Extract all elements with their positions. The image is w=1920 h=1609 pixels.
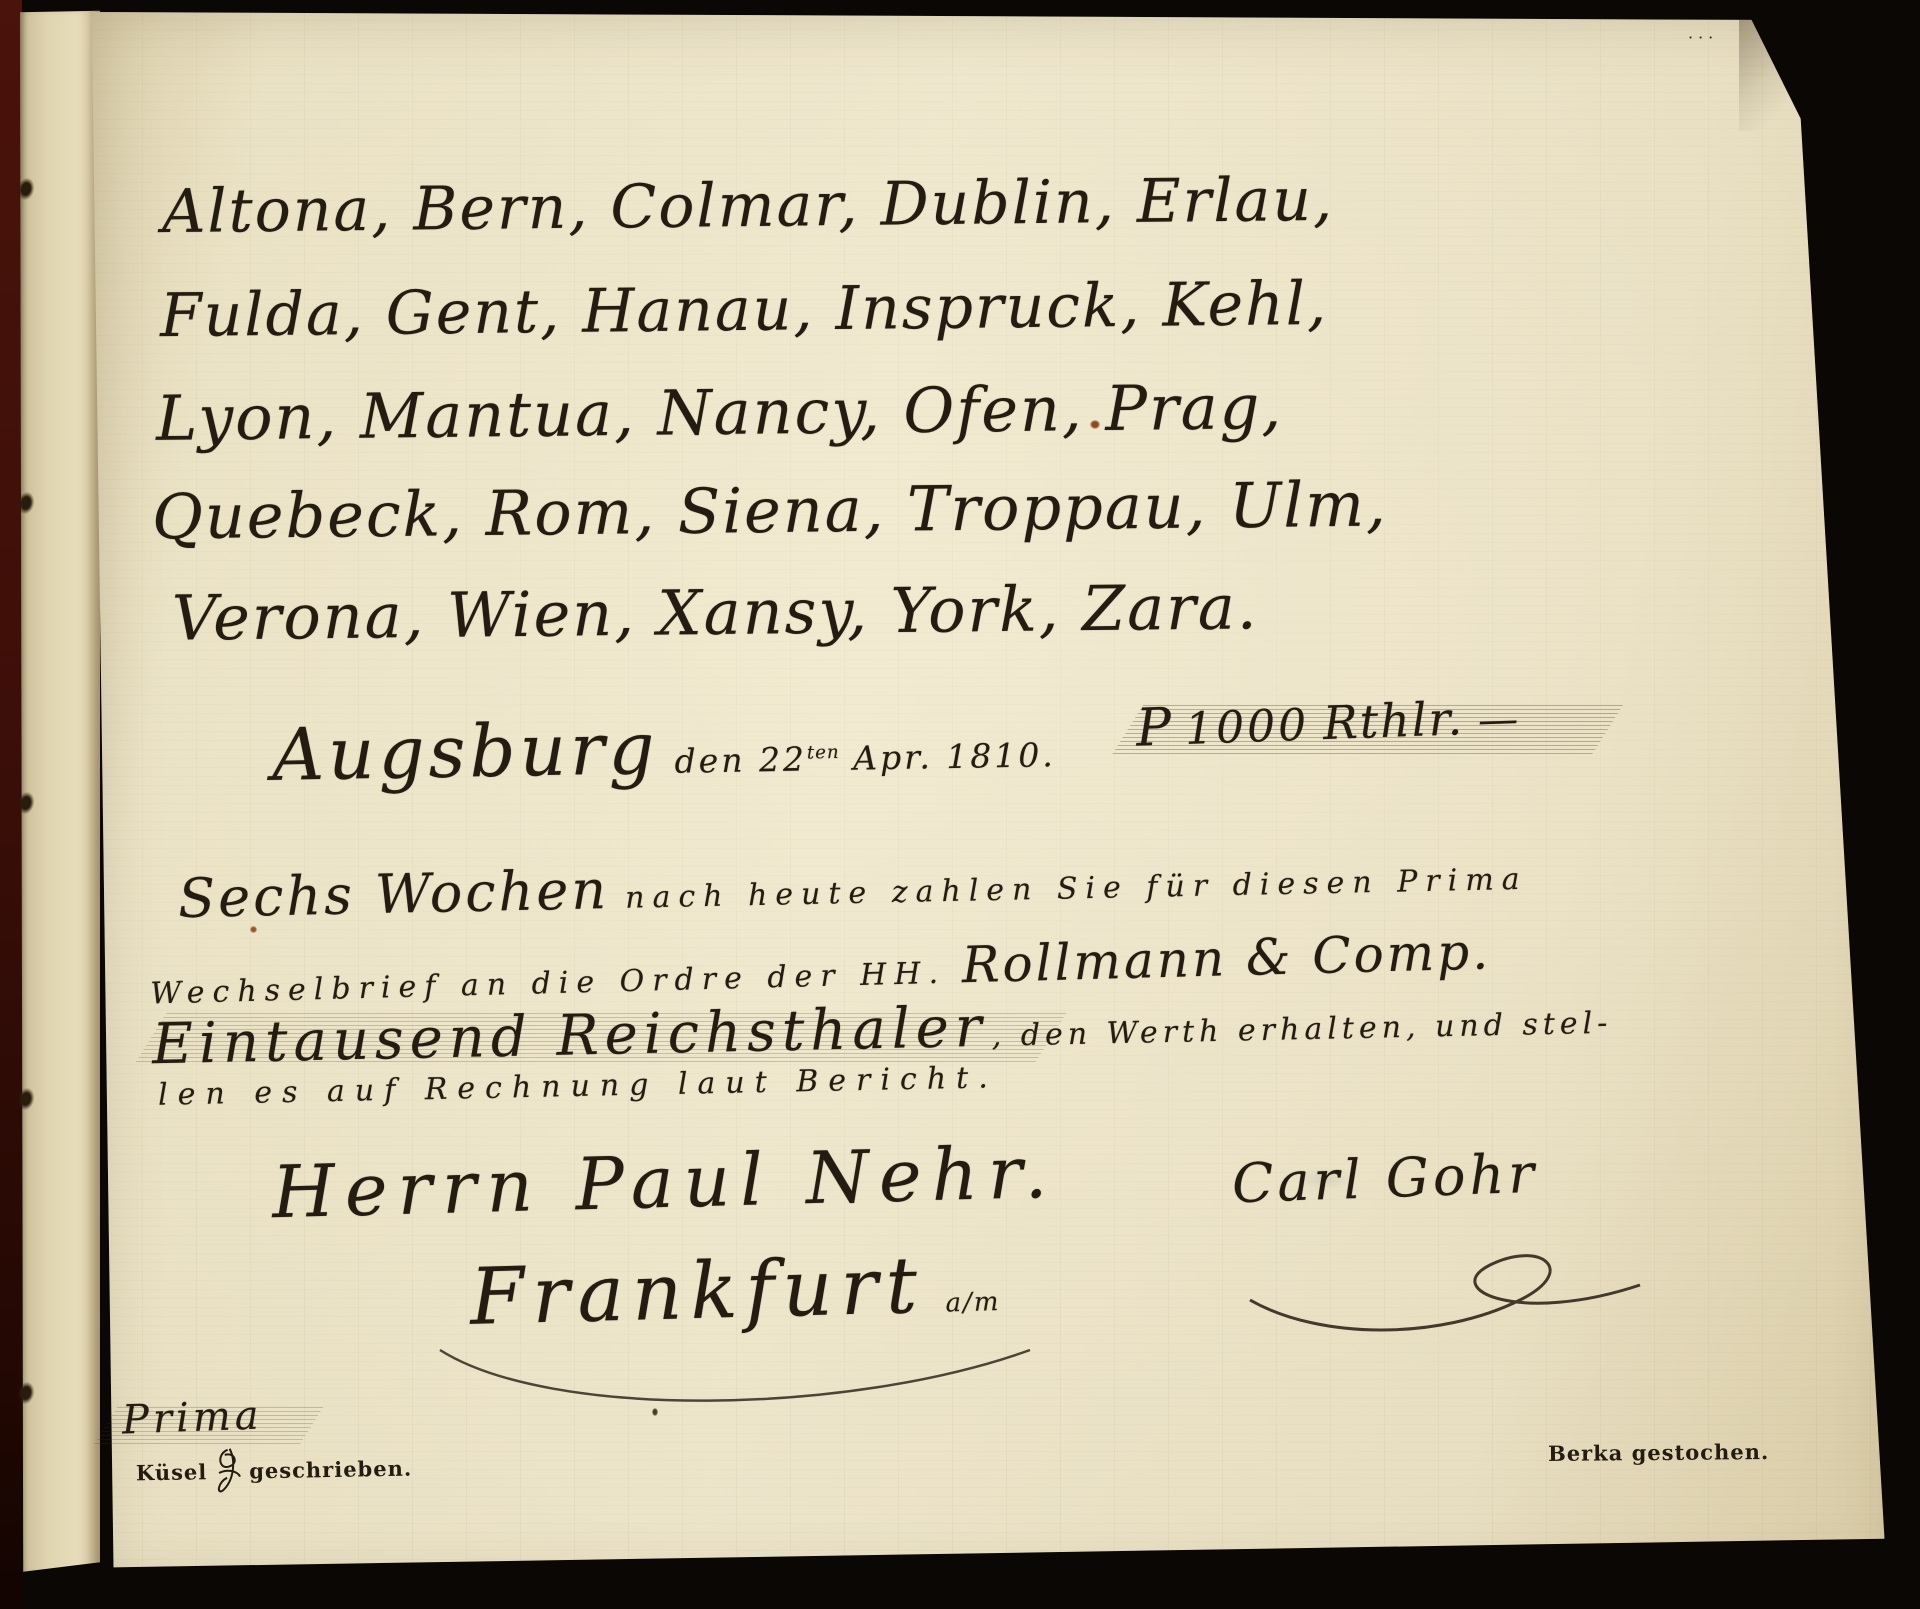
amount-dash: — xyxy=(1477,699,1518,740)
binding-edge-strip xyxy=(20,6,100,1578)
signature: Carl Gohr xyxy=(1231,1147,1539,1212)
city-list-line-2: Fulda, Gent, Hanau, Inspruck, Kehl, xyxy=(160,274,1329,346)
city-list-line-1: Altona, Bern, Colmar, Dublin, Erlau, xyxy=(162,170,1335,242)
city-list-line-4: Quebeck, Rom, Siena, Troppau, Ulm, xyxy=(152,474,1388,549)
dateline: Augsburg den 22ten Apr. 1810. xyxy=(271,705,1056,791)
writer-name: Küsel xyxy=(136,1459,208,1485)
writer-credit: Küsel geschrieben. xyxy=(136,1444,413,1497)
city-list-line-5: Verona, Wien, Xansy, York, Zara. xyxy=(172,576,1259,649)
addressee: Herrn Paul Nehr. xyxy=(271,1136,1058,1229)
dateline-date: den 22ten Apr. 1810. xyxy=(674,738,1056,778)
writer-monogram-icon xyxy=(213,1447,244,1496)
prima-label: Prima xyxy=(121,1396,263,1441)
amount-value: 1000 xyxy=(1184,704,1309,752)
frankfurt-flourish xyxy=(430,1330,1050,1420)
dateline-place: Augsburg xyxy=(271,712,659,791)
body-line-1-lead: Sechs Wochen xyxy=(178,863,610,926)
drawee-place-line: Frankfurt a/m xyxy=(469,1245,1001,1337)
amount-prefix: P xyxy=(1135,701,1172,754)
signature-flourish xyxy=(1240,1230,1660,1340)
photographed-book-page: ··· Altona, Bern, Colmar, Dublin, Erlau,… xyxy=(0,0,1920,1609)
body-line-2-firm: Rollmann & Comp. xyxy=(961,926,1491,990)
dateline-ordinal: ten xyxy=(807,742,840,764)
engraver-credit: Berka gestochen. xyxy=(1548,1439,1769,1466)
amount-currency: Rthlr. xyxy=(1322,695,1465,746)
city-list-line-3: Lyon, Mantua, Nancy, Ofen, Prag, xyxy=(156,376,1284,450)
writer-action: geschrieben. xyxy=(249,1455,412,1483)
ink-dots: ··· xyxy=(1688,28,1718,47)
drawee-place-suffix: a/m xyxy=(945,1289,1001,1316)
drawee-place: Frankfurt xyxy=(469,1247,926,1337)
